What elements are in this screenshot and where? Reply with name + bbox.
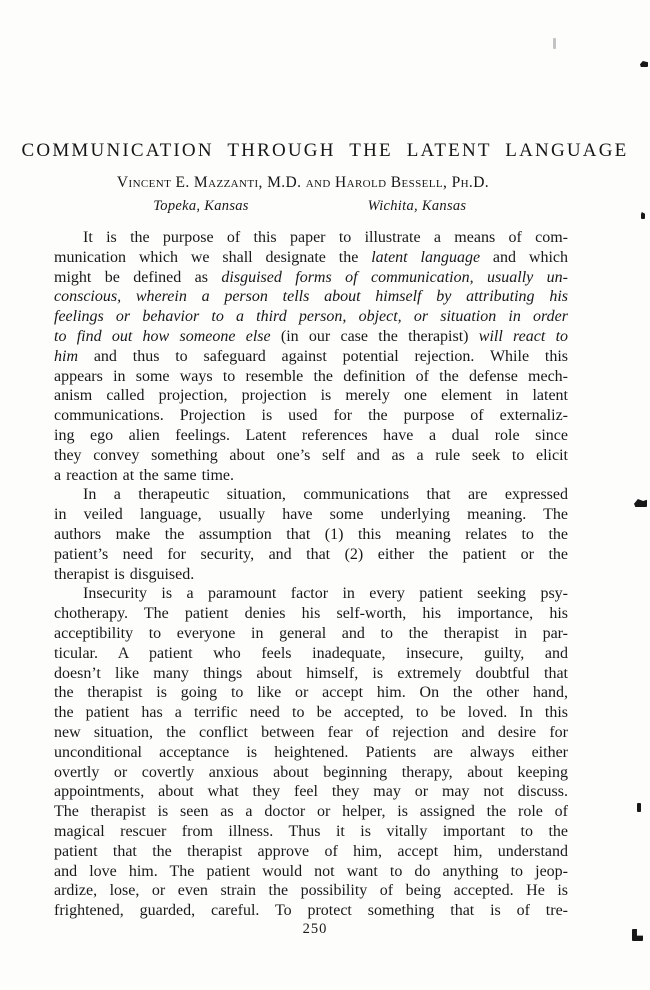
text-line: new situation, the conflict between fear…	[54, 723, 568, 743]
text-line: Insecurity is a paramount factor in ever…	[54, 584, 568, 604]
text-run: ticular. A patient who feels inadequate,…	[54, 645, 568, 662]
text-line: munication which we shall designate the …	[54, 248, 568, 268]
text-run: munication which we shall designate the	[54, 249, 371, 266]
text-line: the patient has a terrific need to be ac…	[54, 703, 568, 723]
text-run: ing ego alien feelings. Latent reference…	[54, 427, 568, 444]
text-line: to find out how someone else (in our cas…	[54, 327, 568, 347]
text-line: anism called projection, projection is m…	[54, 386, 568, 406]
text-run: a reaction at the same time.	[54, 467, 234, 484]
text-line: doesn’t like many things about himself, …	[54, 664, 568, 684]
text-run: The therapist is seen as a doctor or hel…	[54, 803, 568, 820]
text-line: frightened, guarded, careful. To protect…	[54, 901, 568, 921]
paragraph: Insecurity is a paramount factor in ever…	[54, 584, 568, 921]
scan-speck	[641, 212, 645, 219]
text-run: they convey something about one’s self a…	[54, 447, 568, 464]
text-run: It is the purpose of this paper to illus…	[83, 229, 568, 246]
text-run: and thus to safeguard against potential …	[78, 348, 568, 365]
text-line: they convey something about one’s self a…	[54, 446, 568, 466]
text-run: frightened, guarded, careful. To protect…	[54, 902, 568, 919]
text-run: magical rescuer from illness. Thus it is…	[54, 823, 568, 840]
text-line: In a therapeutic situation, communicatio…	[54, 485, 568, 505]
text-run: doesn’t like many things about himself, …	[54, 665, 568, 682]
paragraph: In a therapeutic situation, communicatio…	[54, 485, 568, 584]
scanned-paper-page: COMMUNICATION THROUGH THE LATENT LANGUAG…	[0, 0, 650, 990]
text-run: communications. Projection is used for t…	[54, 407, 568, 424]
text-run: in veiled language, usually have some un…	[54, 506, 568, 523]
article-body: It is the purpose of this paper to illus…	[54, 228, 568, 921]
text-line: appears in some ways to resemble the def…	[54, 367, 568, 387]
text-line: the therapist is going to like or accept…	[54, 683, 568, 703]
text-run: patient that the therapist approve of hi…	[54, 843, 568, 860]
italic-run: disguised forms of communication, usuall…	[221, 269, 568, 286]
text-line: authors make the assumption that (1) thi…	[54, 525, 568, 545]
text-run: appointments, about what they feel they …	[54, 783, 568, 800]
text-line: therapist is disguised.	[54, 565, 568, 585]
text-line: The therapist is seen as a doctor or hel…	[54, 802, 568, 822]
text-run: authors make the assumption that (1) thi…	[54, 526, 568, 543]
text-line: might be defined as disguised forms of c…	[54, 268, 568, 288]
scan-speck	[634, 499, 647, 507]
text-run: In a therapeutic situation, communicatio…	[83, 486, 568, 503]
italic-run: will react to	[479, 328, 568, 345]
text-run: the patient has a terrific need to be ac…	[54, 704, 568, 721]
text-run: ardize, lose, or even strain the possibi…	[54, 882, 568, 899]
italic-run: conscious, wherein a person tells about …	[54, 288, 568, 305]
text-line: a reaction at the same time.	[54, 466, 568, 486]
text-run: patient’s need for security, and that (2…	[54, 546, 568, 563]
scan-speck	[640, 61, 648, 67]
text-line: unconditional acceptance is heightened. …	[54, 743, 568, 763]
authors-line: Vincent E. Mazzanti, M.D. and Harold Bes…	[0, 174, 606, 192]
text-line: ardize, lose, or even strain the possibi…	[54, 881, 568, 901]
text-run: Insecurity is a paramount factor in ever…	[83, 585, 568, 602]
text-line: appointments, about what they feel they …	[54, 782, 568, 802]
affiliation-left: Topeka, Kansas	[153, 198, 249, 215]
text-run: (in our case the therapist)	[271, 328, 479, 345]
italic-run: latent language	[371, 249, 480, 266]
scan-speck	[637, 803, 641, 812]
text-run: overtly or covertly anxious about beginn…	[54, 764, 568, 781]
scan-speck	[632, 929, 643, 941]
paper-title: COMMUNICATION THROUGH THE LATENT LANGUAG…	[0, 140, 650, 162]
text-line: patient that the therapist approve of hi…	[54, 842, 568, 862]
text-run: and which	[480, 249, 568, 266]
text-run: chotherapy. The patient denies his self-…	[54, 605, 568, 622]
italic-run: feelings or behavior to a third person, …	[54, 308, 568, 325]
paragraph: It is the purpose of this paper to illus…	[54, 228, 568, 485]
text-line: feelings or behavior to a third person, …	[54, 307, 568, 327]
text-run: the therapist is going to like or accept…	[54, 684, 568, 701]
text-line: him and thus to safeguard against potent…	[54, 347, 568, 367]
text-run: acceptibility to everyone in general and…	[54, 625, 568, 642]
text-line: chotherapy. The patient denies his self-…	[54, 604, 568, 624]
italic-run: to find out how someone else	[54, 328, 271, 345]
text-line: magical rescuer from illness. Thus it is…	[54, 822, 568, 842]
text-line: ticular. A patient who feels inadequate,…	[54, 644, 568, 664]
text-line: conscious, wherein a person tells about …	[54, 287, 568, 307]
text-run: and love him. The patient would not want…	[54, 863, 568, 880]
text-run: might be defined as	[54, 269, 221, 286]
text-run: anism called projection, projection is m…	[54, 387, 568, 404]
text-line: patient’s need for security, and that (2…	[54, 545, 568, 565]
scan-speck	[553, 38, 556, 49]
text-line: communications. Projection is used for t…	[54, 406, 568, 426]
text-line: and love him. The patient would not want…	[54, 862, 568, 882]
text-run: therapist is disguised.	[54, 566, 194, 583]
text-run: unconditional acceptance is heightened. …	[54, 744, 568, 761]
text-line: It is the purpose of this paper to illus…	[54, 228, 568, 248]
italic-run: him	[54, 348, 78, 365]
text-run: appears in some ways to resemble the def…	[54, 368, 568, 385]
page-number: 250	[303, 921, 328, 938]
text-line: overtly or covertly anxious about beginn…	[54, 763, 568, 783]
text-line: in veiled language, usually have some un…	[54, 505, 568, 525]
affiliation-right: Wichita, Kansas	[368, 198, 467, 215]
text-line: acceptibility to everyone in general and…	[54, 624, 568, 644]
text-line: ing ego alien feelings. Latent reference…	[54, 426, 568, 446]
text-run: new situation, the conflict between fear…	[54, 724, 568, 741]
